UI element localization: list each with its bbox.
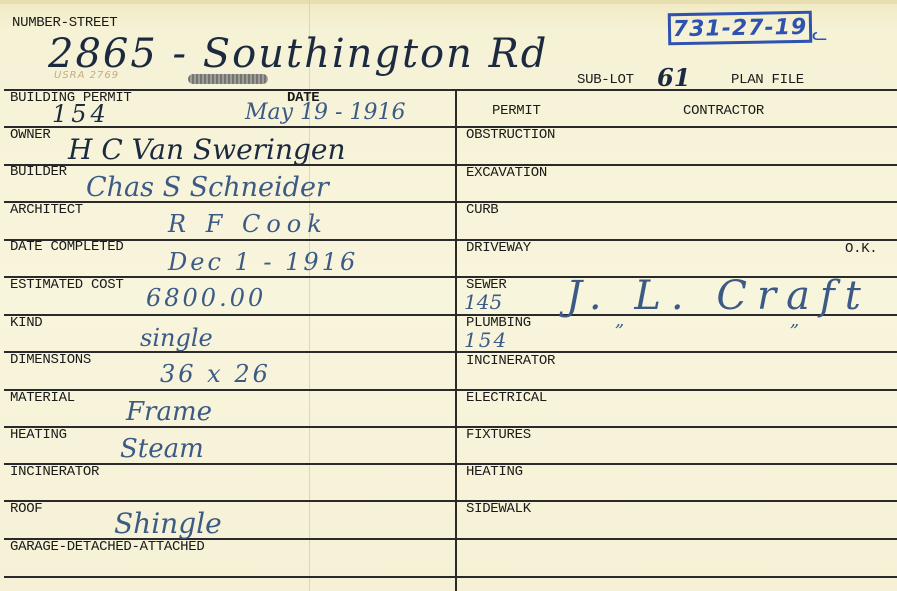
obstruction-label: OBSTRUCTION bbox=[466, 128, 555, 142]
date-completed-value: Dec 1 - 1916 bbox=[168, 250, 358, 274]
kind-label: KIND bbox=[10, 316, 42, 330]
sewer-permit-value: 145 bbox=[464, 292, 502, 312]
sub-lot-label: SUB-LOT bbox=[577, 73, 634, 87]
heating-label-right: HEATING bbox=[466, 465, 523, 479]
card-top-edge bbox=[0, 0, 897, 4]
material-value: Frame bbox=[126, 399, 212, 425]
heating-value: Steam bbox=[120, 436, 204, 462]
rule-line bbox=[458, 89, 897, 91]
excavation-label: EXCAVATION bbox=[466, 166, 547, 180]
heating-label: HEATING bbox=[10, 428, 67, 442]
architect-value: R F Cook bbox=[168, 212, 328, 236]
sub-lot-value: 61 bbox=[657, 66, 690, 90]
roof-label: ROOF bbox=[10, 502, 42, 516]
file-number-stamp: 731-27-19 bbox=[668, 11, 813, 46]
pencil-note: USRA 2769 bbox=[54, 70, 119, 81]
architect-label: ARCHITECT bbox=[10, 203, 83, 217]
date-completed-label: DATE COMPLETED bbox=[10, 240, 123, 254]
electrical-label: ELECTRICAL bbox=[466, 391, 547, 405]
stamp-flourish: ᓚ bbox=[812, 24, 827, 45]
material-label: MATERIAL bbox=[10, 391, 75, 405]
rule-line bbox=[4, 576, 897, 578]
owner-label: OWNER bbox=[10, 128, 51, 142]
rule-line bbox=[4, 239, 897, 241]
roof-value: Shingle bbox=[114, 510, 222, 538]
rule-line bbox=[4, 126, 897, 128]
estimated-cost-label: ESTIMATED COST bbox=[10, 278, 123, 292]
contractor-column-header: CONTRACTOR bbox=[683, 104, 764, 118]
rule-line bbox=[4, 351, 897, 353]
number-street-value: 2865 - Southington Rd bbox=[48, 34, 548, 74]
driveway-note: O.K. bbox=[845, 242, 877, 256]
garage-label: GARAGE-DETACHED-ATTACHED bbox=[10, 540, 204, 554]
plumbing-contractor-ditto: „ „ bbox=[615, 312, 879, 330]
rule-line bbox=[4, 389, 897, 391]
builder-label: BUILDER bbox=[10, 165, 67, 179]
number-street-label: NUMBER-STREET bbox=[12, 16, 117, 30]
builder-value: Chas S Schneider bbox=[86, 174, 329, 201]
kind-value: single bbox=[140, 326, 213, 350]
dimensions-value: 36 x 26 bbox=[160, 362, 271, 386]
driveway-label: DRIVEWAY bbox=[466, 241, 531, 255]
rule-line bbox=[4, 500, 897, 502]
plan-file-label: PLAN FILE bbox=[731, 73, 804, 87]
sidewalk-label: SIDEWALK bbox=[466, 502, 531, 516]
crossed-out-note bbox=[188, 74, 268, 84]
plumbing-permit-value: 154 bbox=[464, 330, 508, 350]
permit-column-header: PERMIT bbox=[492, 104, 541, 118]
column-divider bbox=[455, 89, 457, 591]
incinerator-label-left: INCINERATOR bbox=[10, 465, 99, 479]
permit-card: NUMBER-STREET 2865 - Southington Rd USRA… bbox=[0, 0, 897, 591]
permit-date-value: May 19 - 1916 bbox=[245, 102, 405, 124]
dimensions-label: DIMENSIONS bbox=[10, 353, 91, 367]
owner-value: H C Van Sweringen bbox=[68, 136, 346, 164]
incinerator-label-right: INCINERATOR bbox=[466, 354, 555, 368]
fixtures-label: FIXTURES bbox=[466, 428, 531, 442]
curb-label: CURB bbox=[466, 203, 498, 217]
building-permit-value: 154 bbox=[52, 102, 110, 126]
estimated-cost-value: 6800.00 bbox=[146, 286, 266, 310]
